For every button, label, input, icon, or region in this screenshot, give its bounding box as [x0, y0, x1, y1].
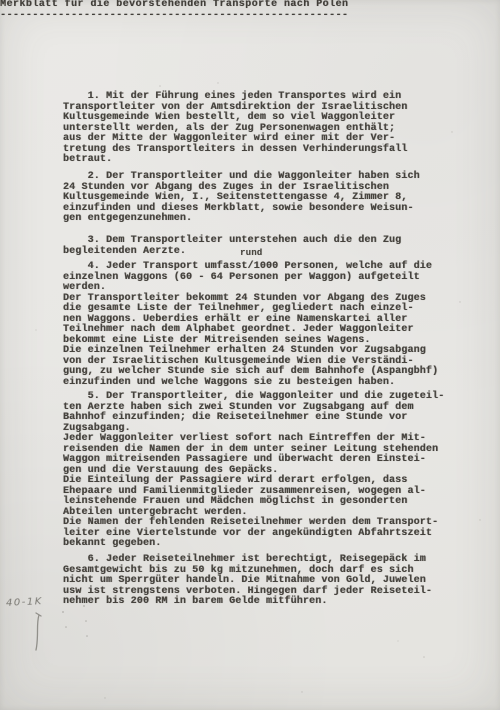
paragraph-6: 6. Jeder Reiseteilnehmer ist berechtigt,… — [63, 555, 432, 608]
title-underline: ----------------------------------------… — [0, 11, 500, 22]
typed-insertion-rund: rund — [240, 249, 262, 258]
document-title: Merkblatt für die bevorstehenden Transpo… — [0, 0, 500, 11]
paragraph-1: 1. Mit der Führung eines jeden Transport… — [63, 92, 407, 166]
typewritten-text-layer: Merkblatt für die bevorstehenden Transpo… — [0, 0, 500, 710]
scanned-document-page: Merkblatt für die bevorstehenden Transpo… — [0, 0, 500, 710]
paragraph-4: 4. Jeder Transport umfasst/1000 Personen… — [63, 262, 438, 388]
paragraph-5: 5. Der Transportleiter, die Waggonleiter… — [63, 392, 444, 550]
paragraph-3: 3. Dem Transportleiter unterstehen auch … — [63, 236, 401, 257]
paragraph-2: 2. Der Transportleiter und die Waggonlei… — [63, 172, 420, 225]
handwritten-annotation: 40-1K — [6, 596, 43, 609]
document-header: Merkblatt für die bevorstehenden Transpo… — [0, 0, 500, 21]
